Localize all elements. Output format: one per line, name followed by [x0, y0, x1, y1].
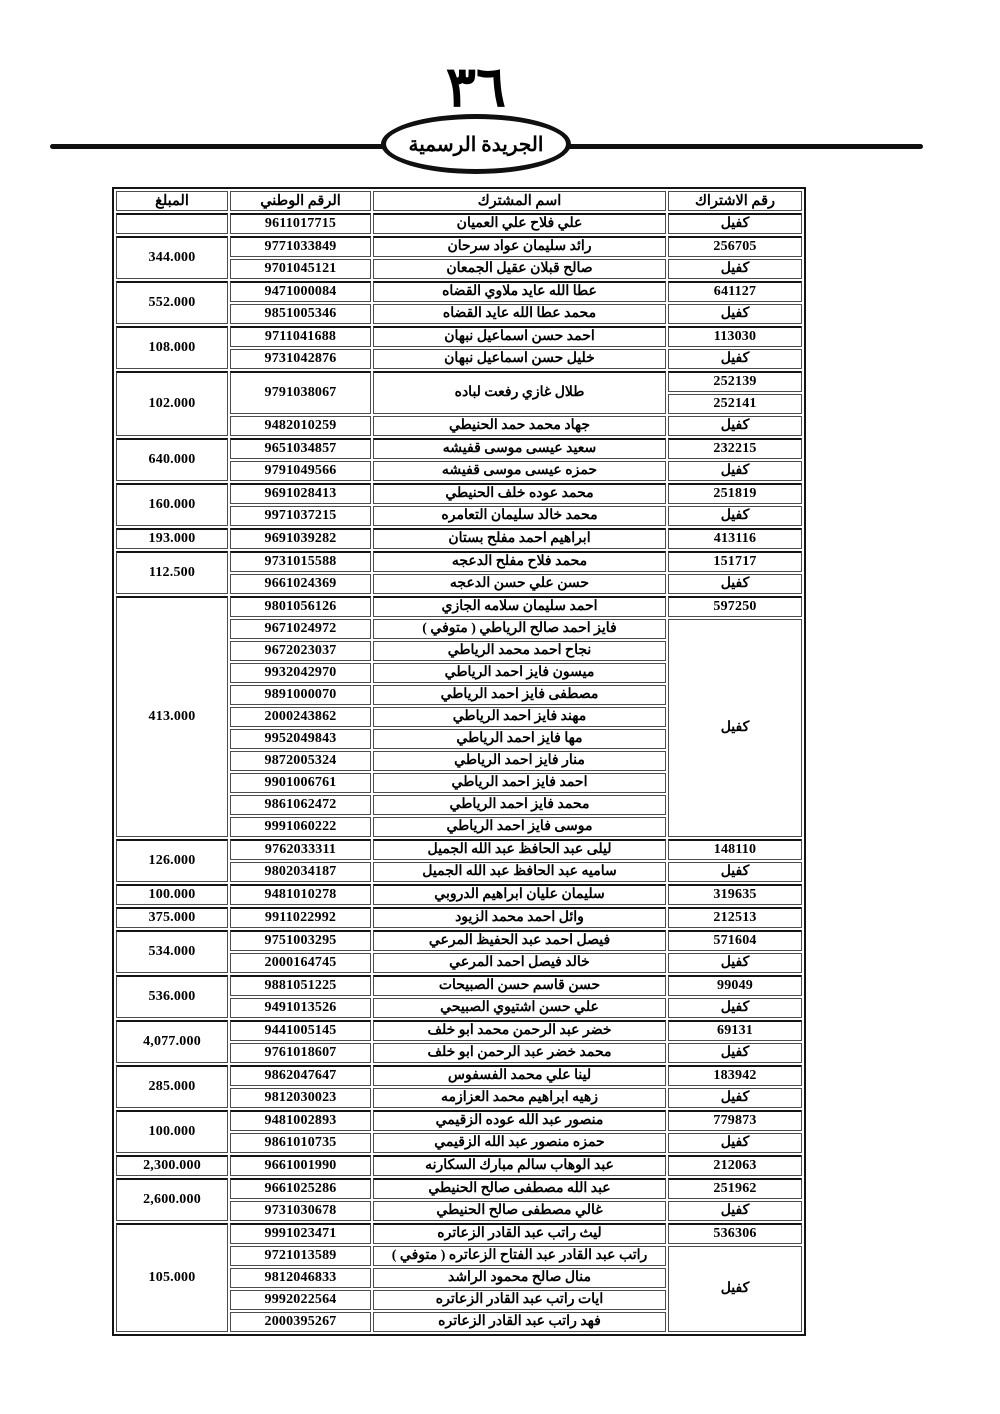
name-cell: مصطفى فايز احمد الرياطي: [373, 685, 666, 705]
column-header-amount: المبلغ: [116, 191, 228, 211]
name-cell: علي حسن اشتيوي الصبيحي: [373, 998, 666, 1018]
table-row: 148110ليلى عبد الحافظ عبد الله الجميل976…: [116, 839, 802, 860]
amount-cell: 640.000: [116, 438, 228, 481]
nid-cell: 9801056126: [230, 596, 371, 617]
sub-cell: 641127: [668, 281, 802, 302]
nid-cell: 9791038067: [230, 371, 371, 414]
table-row: 252139طلال غازي رفعت لباده9791038067102.…: [116, 371, 802, 392]
nid-cell: 9872005324: [230, 751, 371, 771]
name-cell: عبد الله مصطفى صالح الحنيطي: [373, 1178, 666, 1199]
nid-cell: 9731042876: [230, 349, 371, 369]
nid-cell: 9482010259: [230, 416, 371, 436]
sub-cell: كفيل: [668, 506, 802, 526]
name-cell: سليمان عليان ابراهيم الدروبي: [373, 884, 666, 905]
nid-cell: 9661025286: [230, 1178, 371, 1199]
nid-cell: 9691039282: [230, 528, 371, 549]
name-cell: خليل حسن اسماعيل نبهان: [373, 349, 666, 369]
sub-cell: 413116: [668, 528, 802, 549]
amount-cell: 126.000: [116, 839, 228, 882]
nid-cell: 9731015588: [230, 551, 371, 572]
name-cell: صالح قبلان عقيل الجمعان: [373, 259, 666, 279]
name-cell: حمزه عيسى موسى قفيشه: [373, 461, 666, 481]
name-cell: نجاح احمد محمد الرياطي: [373, 641, 666, 661]
amount-cell: 102.000: [116, 371, 228, 436]
table-row: 319635سليمان عليان ابراهيم الدروبي948101…: [116, 884, 802, 905]
table-row: 536306ليث راتب عبد القادر الزعاتره999102…: [116, 1223, 802, 1244]
nid-cell: 9802034187: [230, 862, 371, 882]
sub-cell: 148110: [668, 839, 802, 860]
nid-cell: 9481010278: [230, 884, 371, 905]
sub-cell: كفيل: [668, 574, 802, 594]
name-cell: محمد عوده خلف الحنيطي: [373, 483, 666, 504]
subscribers-table-body: كفيلعلي فلاح علي العميان9611017715256705…: [116, 213, 802, 1332]
page-number: ٣٦: [0, 60, 952, 116]
table-row: 597250احمد سليمان سلامه الجازي9801056126…: [116, 596, 802, 617]
nid-cell: 9971037215: [230, 506, 371, 526]
name-cell: فيصل احمد عبد الحفيظ المرعي: [373, 930, 666, 951]
table-row: 69131خضر عبد الرحمن محمد ابو خلف94410051…: [116, 1020, 802, 1041]
table-row: 212513وائل احمد محمد الزيود9911022992375…: [116, 907, 802, 928]
amount-cell: 344.000: [116, 236, 228, 279]
sub-cell: كفيل: [668, 1133, 802, 1153]
table-row: كفيلعلي فلاح علي العميان9611017715: [116, 213, 802, 234]
name-cell: طلال غازي رفعت لباده: [373, 371, 666, 414]
sub-cell: كفيل: [668, 349, 802, 369]
table-row: 151717محمد فلاح مفلح الدعجه9731015588112…: [116, 551, 802, 572]
nid-cell: 9491013526: [230, 998, 371, 1018]
sub-cell: 319635: [668, 884, 802, 905]
sub-cell: كفيل: [668, 1246, 802, 1332]
sub-cell: 99049: [668, 975, 802, 996]
nid-cell: 9812046833: [230, 1268, 371, 1288]
nid-cell: 9991060222: [230, 817, 371, 837]
nid-cell: 9991023471: [230, 1223, 371, 1244]
name-cell: محمد فايز احمد الرياطي: [373, 795, 666, 815]
name-cell: محمد خالد سليمان التعامره: [373, 506, 666, 526]
sub-cell: 251819: [668, 483, 802, 504]
table-row: 251819محمد عوده خلف الحنيطي9691028413160…: [116, 483, 802, 504]
sub-cell: كفيل: [668, 619, 802, 837]
nid-cell: 9471000084: [230, 281, 371, 302]
amount-cell: 2,600.000: [116, 1178, 228, 1221]
name-cell: محمد خضر عبد الرحمن ابو خلف: [373, 1043, 666, 1063]
amount-cell: 100.000: [116, 1110, 228, 1153]
nid-cell: 9861010735: [230, 1133, 371, 1153]
nid-cell: 9441005145: [230, 1020, 371, 1041]
name-cell: مهند فايز احمد الرياطي: [373, 707, 666, 727]
name-cell: منار فايز احمد الرياطي: [373, 751, 666, 771]
name-cell: ساميه عبد الحافظ عبد الله الجميل: [373, 862, 666, 882]
table-row: 413116ابراهيم احمد مفلح بستان96910392821…: [116, 528, 802, 549]
name-cell: حسن علي حسن الدعجه: [373, 574, 666, 594]
name-cell: ايات راتب عبد القادر الزعاتره: [373, 1290, 666, 1310]
name-cell: ليلى عبد الحافظ عبد الله الجميل: [373, 839, 666, 860]
name-cell: ميسون فايز احمد الرياطي: [373, 663, 666, 683]
table-row: 212063عبد الوهاب سالم مبارك السكارنه9661…: [116, 1155, 802, 1176]
sub-cell: كفيل: [668, 213, 802, 234]
sub-cell: كفيل: [668, 1088, 802, 1108]
gazette-title-oval: الجريدة الرسمية: [381, 114, 571, 174]
sub-cell: كفيل: [668, 1043, 802, 1063]
sub-cell: 536306: [668, 1223, 802, 1244]
nid-cell: 2000395267: [230, 1312, 371, 1332]
name-cell: موسى فايز احمد الرياطي: [373, 817, 666, 837]
amount-cell: 534.000: [116, 930, 228, 973]
nid-cell: 9731030678: [230, 1201, 371, 1221]
name-cell: مها فايز احمد الرياطي: [373, 729, 666, 749]
nid-cell: 2000164745: [230, 953, 371, 973]
name-cell: سعيد عيسى موسى قفيشه: [373, 438, 666, 459]
sub-cell: 151717: [668, 551, 802, 572]
amount-cell: [116, 213, 228, 234]
name-cell: ابراهيم احمد مفلح بستان: [373, 528, 666, 549]
nid-cell: 9851005346: [230, 304, 371, 324]
sub-cell: 113030: [668, 326, 802, 347]
name-cell: خالد فيصل احمد المرعي: [373, 953, 666, 973]
gazette-title: الجريدة الرسمية: [409, 132, 544, 157]
sub-cell: كفيل: [668, 1201, 802, 1221]
nid-cell: 9481002893: [230, 1110, 371, 1131]
table-row: 779873منصور عبد الله عوده الزقيمي9481002…: [116, 1110, 802, 1131]
nid-cell: 9711041688: [230, 326, 371, 347]
sub-cell: كفيل: [668, 862, 802, 882]
name-cell: عبد الوهاب سالم مبارك السكارنه: [373, 1155, 666, 1176]
nid-cell: 9791049566: [230, 461, 371, 481]
sub-cell: 252139: [668, 371, 802, 392]
table-header-row: رقم الاشتراك اسم المشترك الرقم الوطني ال…: [116, 191, 802, 211]
amount-cell: 108.000: [116, 326, 228, 369]
table-row: 183942لينا علي محمد الفسفوس9862047647285…: [116, 1065, 802, 1086]
table-row: 99049حسن قاسم حسن الصبيحات9881051225536.…: [116, 975, 802, 996]
name-cell: غالي مصطفى صالح الحنيطي: [373, 1201, 666, 1221]
sub-cell: كفيل: [668, 998, 802, 1018]
nid-cell: 9671024972: [230, 619, 371, 639]
sub-cell: كفيل: [668, 259, 802, 279]
name-cell: منصور عبد الله عوده الزقيمي: [373, 1110, 666, 1131]
amount-cell: 552.000: [116, 281, 228, 324]
nid-cell: 9901006761: [230, 773, 371, 793]
nid-cell: 9611017715: [230, 213, 371, 234]
amount-cell: 100.000: [116, 884, 228, 905]
nid-cell: 9701045121: [230, 259, 371, 279]
amount-cell: 105.000: [116, 1223, 228, 1332]
sub-cell: كفيل: [668, 416, 802, 436]
sub-cell: 183942: [668, 1065, 802, 1086]
name-cell: منال صالح محمود الراشد: [373, 1268, 666, 1288]
sub-cell: كفيل: [668, 304, 802, 324]
name-cell: لينا علي محمد الفسفوس: [373, 1065, 666, 1086]
name-cell: علي فلاح علي العميان: [373, 213, 666, 234]
nid-cell: 2000243862: [230, 707, 371, 727]
sub-cell: 779873: [668, 1110, 802, 1131]
sub-cell: 571604: [668, 930, 802, 951]
name-cell: خضر عبد الرحمن محمد ابو خلف: [373, 1020, 666, 1041]
table-row: 113030احمد حسن اسماعيل نبهان971104168810…: [116, 326, 802, 347]
nid-cell: 9932042970: [230, 663, 371, 683]
name-cell: راتب عبد القادر عبد الفتاح الزعاتره ( مت…: [373, 1246, 666, 1266]
table-row: 251962عبد الله مصطفى صالح الحنيطي9661025…: [116, 1178, 802, 1199]
nid-cell: 9672023037: [230, 641, 371, 661]
sub-cell: 251962: [668, 1178, 802, 1199]
nid-cell: 9762033311: [230, 839, 371, 860]
nid-cell: 9952049843: [230, 729, 371, 749]
subscribers-table: رقم الاشتراك اسم المشترك الرقم الوطني ال…: [112, 187, 806, 1336]
amount-cell: 413.000: [116, 596, 228, 837]
column-header-subscription-number: رقم الاشتراك: [668, 191, 802, 211]
sub-cell: 252141: [668, 394, 802, 414]
name-cell: وائل احمد محمد الزيود: [373, 907, 666, 928]
name-cell: جهاد محمد حمد الحنيطي: [373, 416, 666, 436]
column-header-subscriber-name: اسم المشترك: [373, 191, 666, 211]
sub-cell: 212063: [668, 1155, 802, 1176]
nid-cell: 9891000070: [230, 685, 371, 705]
sub-cell: كفيل: [668, 953, 802, 973]
name-cell: ليث راتب عبد القادر الزعاتره: [373, 1223, 666, 1244]
name-cell: احمد حسن اسماعيل نبهان: [373, 326, 666, 347]
table-row: 571604فيصل احمد عبد الحفيظ المرعي9751003…: [116, 930, 802, 951]
name-cell: احمد فايز احمد الرياطي: [373, 773, 666, 793]
amount-cell: 160.000: [116, 483, 228, 526]
nid-cell: 9761018607: [230, 1043, 371, 1063]
amount-cell: 2,300.000: [116, 1155, 228, 1176]
sub-cell: 69131: [668, 1020, 802, 1041]
nid-cell: 9661001990: [230, 1155, 371, 1176]
amount-cell: 112.500: [116, 551, 228, 594]
name-cell: فهد راتب عبد القادر الزعاتره: [373, 1312, 666, 1332]
nid-cell: 9751003295: [230, 930, 371, 951]
nid-cell: 9651034857: [230, 438, 371, 459]
name-cell: فايز احمد صالح الرياطي ( متوفي ): [373, 619, 666, 639]
amount-cell: 285.000: [116, 1065, 228, 1108]
table-row: 232215سعيد عيسى موسى قفيشه9651034857640.…: [116, 438, 802, 459]
nid-cell: 9862047647: [230, 1065, 371, 1086]
name-cell: عطا الله عايد ملاوي القضاه: [373, 281, 666, 302]
sub-cell: 256705: [668, 236, 802, 257]
name-cell: زهيه ابراهيم محمد العزازمه: [373, 1088, 666, 1108]
amount-cell: 536.000: [116, 975, 228, 1018]
nid-cell: 9881051225: [230, 975, 371, 996]
nid-cell: 9721013589: [230, 1246, 371, 1266]
nid-cell: 9771033849: [230, 236, 371, 257]
nid-cell: 9911022992: [230, 907, 371, 928]
name-cell: محمد عطا الله عايد القضاه: [373, 304, 666, 324]
amount-cell: 4,077.000: [116, 1020, 228, 1063]
nid-cell: 9691028413: [230, 483, 371, 504]
table-row: 641127عطا الله عايد ملاوي القضاه94710000…: [116, 281, 802, 302]
name-cell: حسن قاسم حسن الصبيحات: [373, 975, 666, 996]
nid-cell: 9812030023: [230, 1088, 371, 1108]
table-row: 256705رائد سليمان عواد سرحان977103384934…: [116, 236, 802, 257]
amount-cell: 375.000: [116, 907, 228, 928]
name-cell: رائد سليمان عواد سرحان: [373, 236, 666, 257]
name-cell: احمد سليمان سلامه الجازي: [373, 596, 666, 617]
name-cell: محمد فلاح مفلح الدعجه: [373, 551, 666, 572]
amount-cell: 193.000: [116, 528, 228, 549]
nid-cell: 9661024369: [230, 574, 371, 594]
nid-cell: 9992022564: [230, 1290, 371, 1310]
sub-cell: 212513: [668, 907, 802, 928]
sub-cell: 232215: [668, 438, 802, 459]
name-cell: حمزه منصور عبد الله الزقيمي: [373, 1133, 666, 1153]
sub-cell: 597250: [668, 596, 802, 617]
sub-cell: كفيل: [668, 461, 802, 481]
column-header-national-number: الرقم الوطني: [230, 191, 371, 211]
nid-cell: 9861062472: [230, 795, 371, 815]
